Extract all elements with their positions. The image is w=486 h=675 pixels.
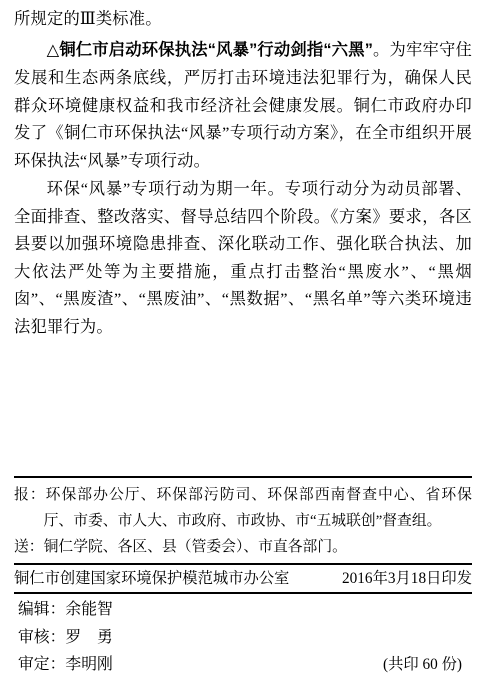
report-label: 报： [14,487,46,503]
paragraph-campaign-launch: △铜仁市启动环保执法“风暴”行动剑指“六黑”。为牢牢守住发展和生态两条底线，严厉… [14,36,472,175]
approver-label: 审定： [18,656,65,673]
editor-name: 余能智 [65,601,112,618]
distribution-block: 报：环保部办公厅、环保部污防司、环保部西南督查中心、省环保厅、市委、市人大、市政… [14,478,472,563]
print-copies: (共印 60 份) [383,651,472,675]
reviewer-name: 罗 勇 [65,629,112,646]
credits-block: 编辑：余能智 审核：罗 勇 审定：李明刚 (共印 60 份) [14,594,472,675]
reviewer-entry: 审核：罗 勇 [18,624,113,652]
editor-label: 编辑： [18,601,65,618]
document-body: 所规定的Ⅲ类标准。 △铜仁市启动环保执法“风暴”行动剑指“六黑”。为牢牢守住发展… [14,5,472,340]
send-label: 送： [14,539,44,555]
copy-send-row: 送：铜仁学院、各区、县（管委会）、市直各部门。 [14,534,472,560]
paragraph-continuation-text: 所规定的Ⅲ类标准。 [14,9,162,28]
paragraph-campaign-detail-text: 环保“风暴”专项行动为期一年。专项行动分为动员部署、全面排查、整改落实、督导总结… [14,179,472,336]
editor-entry: 编辑：余能智 [18,596,113,624]
copy-report-row: 报：环保部办公厅、环保部污防司、环保部西南督查中心、省环保厅、市委、市人大、市政… [14,482,472,534]
report-text: 环保部办公厅、环保部污防司、环保部西南督查中心、省环保厅、市委、市人大、市政府、… [44,487,472,529]
editor-row: 编辑：余能智 [18,596,472,624]
reviewer-row: 审核：罗 勇 [18,624,472,652]
approver-name: 李明刚 [65,656,112,673]
paragraph-campaign-detail: 环保“风暴”专项行动为期一年。专项行动分为动员部署、全面排查、整改落实、督导总结… [14,175,472,340]
print-date: 2016年3月18日印发 [342,565,472,592]
paragraph-campaign-launch-text: 。为牢牢守住发展和生态两条底线，严厉打击环境违法犯罪行为，确保人民群众环境健康权… [14,40,472,170]
paragraph-continuation: 所规定的Ⅲ类标准。 [14,5,472,33]
paragraph-heading-bold: △铜仁市启动环保执法“风暴”行动剑指“六黑” [47,41,373,59]
approver-row: 审定：李明刚 (共印 60 份) [18,651,472,675]
issuing-office: 铜仁市创建国家环境保护模范城市办公室 [14,565,289,592]
send-text: 铜仁学院、各区、县（管委会）、市直各部门。 [44,539,347,555]
reviewer-label: 审核： [18,629,65,646]
approver-entry: 审定：李明刚 [18,651,113,675]
footer-block: 报：环保部办公厅、环保部污防司、环保部西南督查中心、省环保厅、市委、市人大、市政… [14,476,472,675]
document-page: 所规定的Ⅲ类标准。 △铜仁市启动环保执法“风暴”行动剑指“六黑”。为牢牢守住发展… [0,0,486,675]
imprint-row: 铜仁市创建国家环境保护模范城市办公室 2016年3月18日印发 [14,565,472,592]
